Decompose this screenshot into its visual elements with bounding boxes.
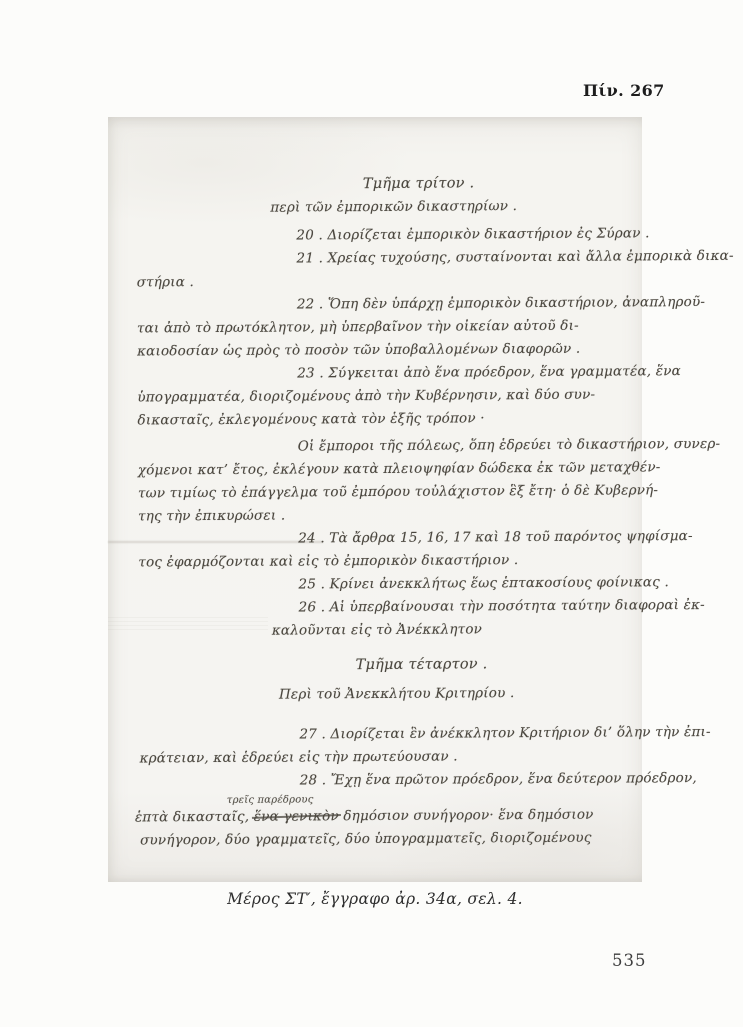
manuscript-line: δικασταῖς, ἐκλεγομένους κατὰ τὸν ἑξῆς τρ…: [137, 407, 603, 433]
manuscript-line: τος ἐφαρμόζονται καὶ εἰς τὸ ἐμπορικὸν δι…: [138, 549, 604, 575]
manuscript-line: 25 . Κρίνει ἀνεκκλήτως ἕως ἑπτακοσίους φ…: [298, 572, 604, 597]
manuscript-line: συνήγορον, δύο γραμματεῖς, δύο ὑπογραμμα…: [140, 827, 606, 853]
manuscript-line: 20 . Διορίζεται ἐμπορικὸν δικαστήριον ἐς…: [296, 223, 602, 248]
manuscript-line: της τὴν ἐπικυρώσει .: [138, 503, 604, 529]
manuscript-line: χόμενοι κατ’ ἔτος, ἐκλέγουν κατὰ πλειοψη…: [138, 457, 604, 483]
manuscript-line: 27 . Διορίζεται ἓν ἀνέκκλητον Κριτήριον …: [299, 722, 605, 747]
manuscript-line: κράτειαν, καὶ ἑδρεύει εἰς τὴν πρωτεύουσα…: [140, 745, 606, 771]
manuscript-photo: Τμῆμα τρίτον .περὶ τῶν ἐμπορικῶν δικαστη…: [108, 117, 642, 882]
manuscript-line: Περὶ τοῦ Ἀνεκκλήτου Κριτηρίου .: [161, 681, 632, 707]
manuscript-line: ἑπτὰ δικασταῖς, ἕνα γενικὸν δημόσιον συν…: [135, 804, 606, 830]
manuscript-line: ται ἀπὸ τὸ πρωτόκλητον, μὴ ὑπερβαῖνον τὴ…: [137, 315, 603, 341]
manuscript-line: ὑπογραμματέα, διοριζομένους ἀπὸ τὴν Κυβέ…: [137, 384, 603, 410]
manuscript-line: περὶ τῶν ἐμπορικῶν δικαστηρίων .: [158, 194, 629, 220]
book-page: { "page": { "plate_label": "Πίν. 267", "…: [0, 0, 743, 1027]
manuscript-line: των τιμίως τὸ ἐπάγγελμα τοῦ ἐμπόρου τοὐλ…: [138, 480, 604, 506]
manuscript-line: 26 . Αἱ ὑπερβαίνουσαι τὴν ποσότητα ταύτη…: [299, 595, 605, 620]
manuscript-line: καλοῦνται εἰς τὸ Ἀνέκκλητον: [272, 618, 605, 643]
manuscript-text: Τμῆμα τρίτον .περὶ τῶν ἐμπορικῶν δικαστη…: [106, 115, 645, 883]
manuscript-line: 22 . Ὅπη δὲν ὑπάρχῃ ἐμπορικὸν δικαστήριο…: [297, 292, 603, 317]
plate-number-label: Πίν. 267: [583, 81, 665, 100]
manuscript-line: 24 . Τὰ ἄρθρα 15, 16, 17 καὶ 18 τοῦ παρό…: [298, 526, 604, 551]
figure-caption: Μέρος ΣΤ′, ἔγγραφο ἀρ. 34α, σελ. 4.: [108, 890, 642, 908]
manuscript-line: Τμῆμα τρίτον .: [183, 171, 654, 197]
struck-text: ἕνα γενικὸν: [254, 805, 339, 829]
manuscript-line: στήρια .: [137, 269, 603, 295]
manuscript-line: 23 . Σύγκειται ἀπὸ ἕνα πρόεδρον, ἕνα γρα…: [297, 361, 603, 386]
manuscript-line: Οἱ ἔμποροι τῆς πόλεως, ὅπη ἑδρεύει τὸ δι…: [298, 434, 604, 459]
manuscript-line: καιοδοσίαν ὡς πρὸς τὸ ποσὸν τῶν ὑποβαλλο…: [137, 338, 603, 364]
page-number: 535: [612, 951, 647, 970]
manuscript-line: Τμῆμα τέταρτον .: [186, 652, 657, 678]
manuscript-line: 21 . Χρείας τυχούσης, συσταίνονται καὶ ἄ…: [296, 246, 602, 271]
manuscript-line: 28 . Ἔχῃ ἕνα πρῶτον πρόεδρον, ἕνα δεύτερ…: [300, 768, 606, 793]
